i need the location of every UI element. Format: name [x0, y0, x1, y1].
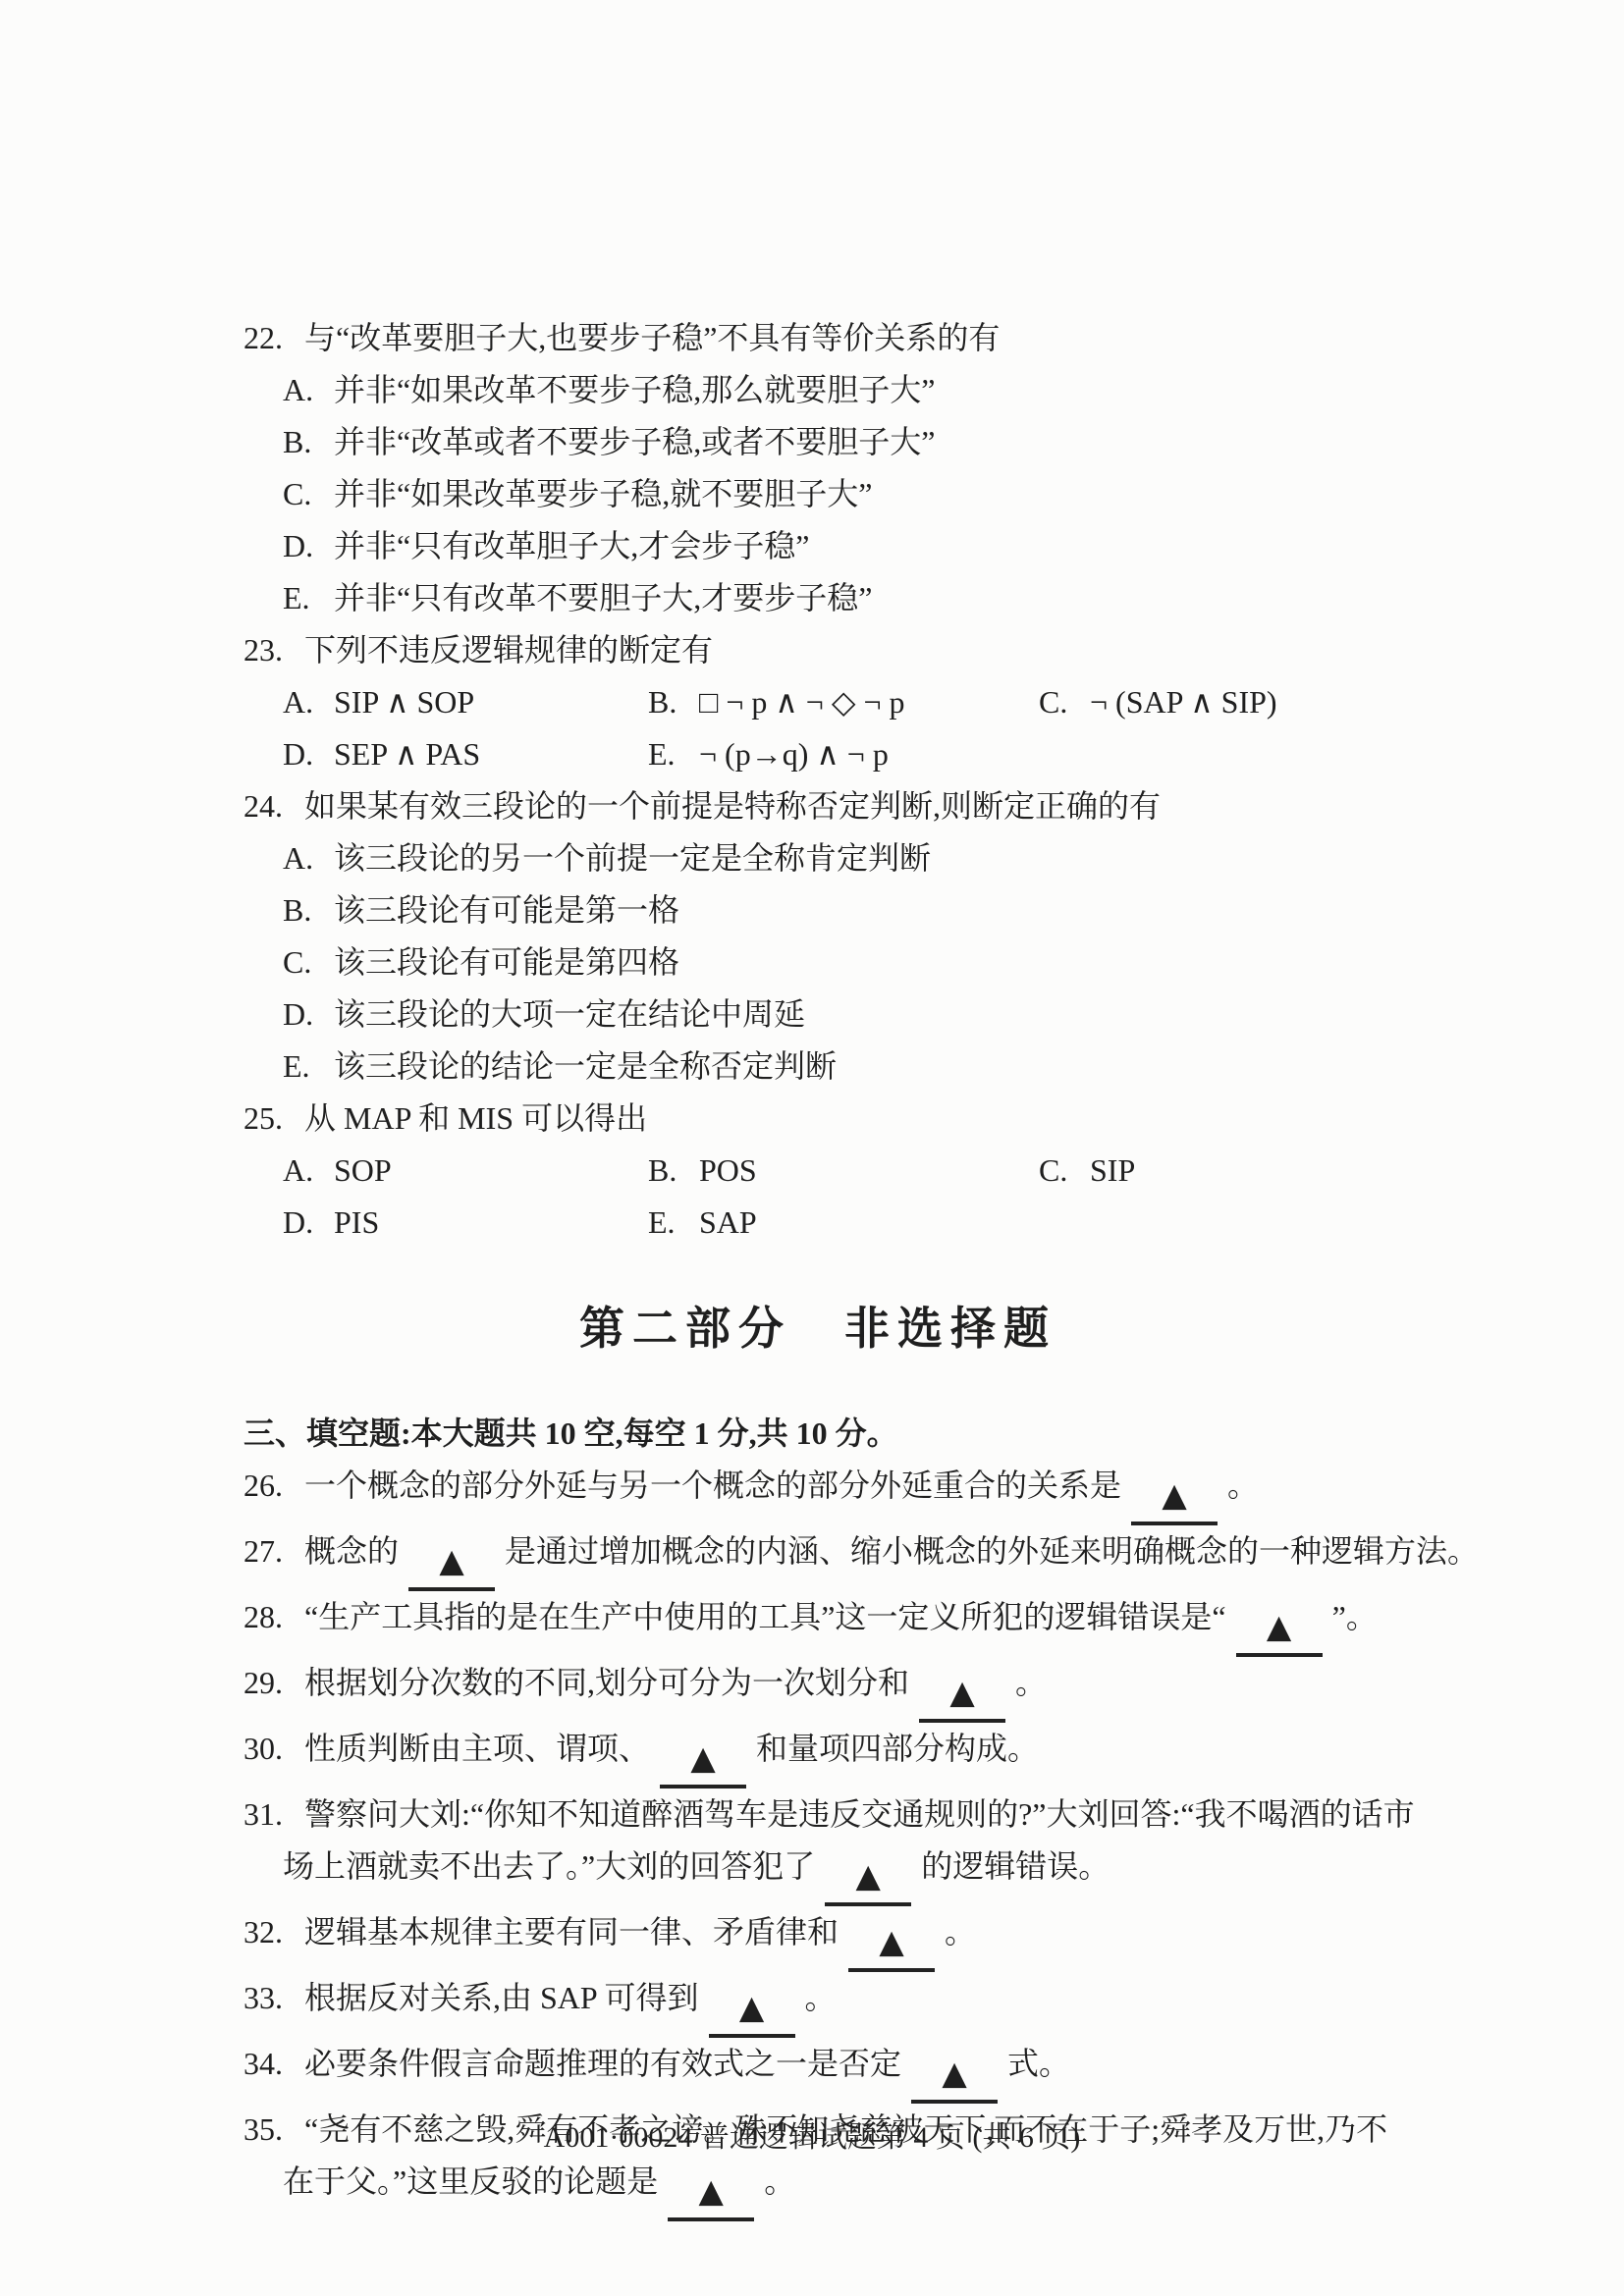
question-23-options-row-2: D.SEP ∧ PAS E.¬ (p→q) ∧ ¬ p: [244, 728, 1510, 780]
exam-page: 22.与“改革要胆子大,也要步子稳”不具有等价关系的有 A.并非“如果改革不要步…: [0, 0, 1624, 2296]
answer-blank: ▲: [668, 2165, 754, 2221]
question-text: 在于父。”这里反驳的论题是: [283, 2163, 658, 2199]
option-text: 并非“如果改革要步子稳,就不要胆子大”: [334, 476, 872, 511]
answer-blank: ▲: [408, 1535, 495, 1591]
question-23-option-e: E.¬ (p→q) ∧ ¬ p: [648, 728, 1039, 780]
option-text: 该三段论的结论一定是全称否定判断: [334, 1048, 837, 1084]
question-22-option-a: A.并非“如果改革不要步子稳,那么就要胆子大”: [244, 364, 1510, 416]
question-text: 根据划分次数的不同,划分可分为一次划分和: [304, 1665, 909, 1700]
option-text: 该三段论有可能是第四格: [334, 944, 679, 980]
question-29: 29.根据划分次数的不同,划分可分为一次划分和▲。: [244, 1657, 1510, 1723]
question-text: 场上酒就卖不出去了。”大刘的回答犯了: [283, 1848, 815, 1884]
answer-blank: ▲: [825, 1850, 911, 1906]
question-text: 的逻辑错误。: [921, 1848, 1110, 1884]
question-22-option-e: E.并非“只有改革不要胆子大,才要步子稳”: [244, 572, 1510, 624]
question-25-stem: 25.从 MAP 和 MIS 可以得出: [244, 1093, 1510, 1145]
triangle-marker: ▲: [439, 1541, 463, 1579]
option-text: ¬ (p→q) ∧ ¬ p: [699, 736, 889, 772]
answer-blank: ▲: [919, 1667, 1005, 1723]
question-33: 33.根据反对关系,由 SAP 可得到▲。: [244, 1972, 1510, 2038]
question-number: 28.: [244, 1591, 304, 1643]
triangle-marker: ▲: [942, 2054, 966, 2092]
option-text: PIS: [334, 1204, 379, 1240]
triangle-marker: ▲: [1162, 1475, 1186, 1514]
question-24: 24.如果某有效三段论的一个前提是特称否定判断,则断定正确的有 A.该三段论的另…: [244, 780, 1510, 1093]
question-30: 30.性质判断由主项、谓项、▲和量项四部分构成。: [244, 1723, 1510, 1789]
option-text: □ ¬ p ∧ ¬ ◇ ¬ p: [699, 684, 905, 720]
option-text: 并非“只有改革不要胆子大,才要步子稳”: [334, 580, 872, 615]
question-text: 。: [1227, 1468, 1259, 1503]
question-stem-text: 与“改革要胆子大,也要步子稳”不具有等价关系的有: [304, 320, 1000, 355]
question-22-option-b: B.并非“改革或者不要步子稳,或者不要胆子大”: [244, 416, 1510, 468]
question-24-option-a: A.该三段论的另一个前提一定是全称肯定判断: [244, 832, 1510, 884]
section-title: 第二部分 非选择题: [244, 1300, 1392, 1359]
question-number: 25.: [244, 1093, 304, 1145]
question-23-option-b: B.□ ¬ p ∧ ¬ ◇ ¬ p: [648, 676, 1039, 728]
question-31-line-2: 场上酒就卖不出去了。”大刘的回答犯了▲的逻辑错误。: [244, 1841, 1510, 1906]
question-text: 。: [805, 1980, 837, 2015]
question-25-option-e: E.SAP: [648, 1197, 1039, 1249]
question-23-option-c: C.¬ (SAP ∧ SIP): [1039, 676, 1510, 728]
question-31-line-1: 31.警察问大刘:“你知不知道醉酒驾车是违反交通规则的?”大刘回答:“我不喝酒的…: [244, 1789, 1510, 1841]
question-35-line-2: 在于父。”这里反驳的论题是▲。: [244, 2156, 1510, 2221]
option-text: POS: [699, 1152, 757, 1188]
option-label: A.: [283, 676, 334, 728]
question-32: 32.逻辑基本规律主要有同一律、矛盾律和▲。: [244, 1906, 1510, 1972]
question-25-option-c: C.SIP: [1039, 1145, 1510, 1197]
question-text: 。: [1015, 1665, 1047, 1700]
option-label: D.: [283, 520, 334, 572]
question-24-option-e: E.该三段论的结论一定是全称否定判断: [244, 1041, 1510, 1093]
option-text: 该三段论的另一个前提一定是全称肯定判断: [334, 840, 931, 876]
question-22-option-d: D.并非“只有改革胆子大,才会步子稳”: [244, 520, 1510, 572]
question-number: 30.: [244, 1723, 304, 1775]
question-text: 是通过增加概念的内涵、缩小概念的外延来明确概念的一种逻辑方法。: [505, 1533, 1479, 1569]
question-25-options-row-2: D.PIS E.SAP: [244, 1197, 1510, 1249]
question-text: “生产工具指的是在生产中使用的工具”这一定义所犯的逻辑错误是“: [304, 1599, 1226, 1634]
question-number: 26.: [244, 1460, 304, 1512]
question-34: 34.必要条件假言命题推理的有效式之一是否定▲式。: [244, 2038, 1510, 2104]
question-text: 一个概念的部分外延与另一个概念的部分外延重合的关系是: [304, 1468, 1121, 1503]
option-label: C.: [283, 936, 334, 988]
triangle-marker: ▲: [856, 1856, 881, 1895]
question-stem-text: 下列不违反逻辑规律的断定有: [304, 632, 713, 667]
option-label: D.: [283, 1197, 334, 1249]
question-number: 34.: [244, 2038, 304, 2090]
question-25-option-a: A.SOP: [283, 1145, 648, 1197]
question-stem-text: 从 MAP 和 MIS 可以得出: [304, 1100, 647, 1136]
question-22: 22.与“改革要胆子大,也要步子稳”不具有等价关系的有 A.并非“如果改革不要步…: [244, 312, 1510, 624]
question-24-option-d: D.该三段论的大项一定在结论中周延: [244, 988, 1510, 1041]
question-text: 概念的: [304, 1533, 399, 1569]
option-label: C.: [283, 468, 334, 520]
option-label: E.: [283, 572, 334, 624]
question-25-options-row-1: A.SOP B.POS C.SIP: [244, 1145, 1510, 1197]
question-28: 28.“生产工具指的是在生产中使用的工具”这一定义所犯的逻辑错误是“▲”。: [244, 1591, 1510, 1657]
option-label: A.: [283, 832, 334, 884]
question-25-option-b: B.POS: [648, 1145, 1039, 1197]
option-text: SEP ∧ PAS: [334, 736, 480, 772]
question-stem-text: 如果某有效三段论的一个前提是特称否定判断,则断定正确的有: [304, 788, 1161, 824]
option-label: D.: [283, 988, 334, 1041]
question-24-option-c: C.该三段论有可能是第四格: [244, 936, 1510, 988]
question-text: 警察问大刘:“你知不知道醉酒驾车是违反交通规则的?”大刘回答:“我不喝酒的话市: [304, 1796, 1415, 1832]
option-text: 该三段论有可能是第一格: [334, 892, 679, 928]
option-text: 并非“改革或者不要步子稳,或者不要胆子大”: [334, 424, 935, 459]
answer-blank: ▲: [660, 1733, 746, 1789]
option-label: B.: [648, 1145, 699, 1197]
option-label: E.: [648, 1197, 699, 1249]
question-22-option-c: C.并非“如果改革要步子稳,就不要胆子大”: [244, 468, 1510, 520]
answer-blank: ▲: [1236, 1601, 1323, 1657]
answer-blank: ▲: [911, 2048, 998, 2104]
option-label: B.: [283, 884, 334, 936]
triangle-marker: ▲: [1267, 1607, 1291, 1645]
option-label: B.: [283, 416, 334, 468]
option-text: SAP: [699, 1204, 757, 1240]
option-text: 并非“如果改革不要步子稳,那么就要胆子大”: [334, 372, 935, 407]
option-text: SOP: [334, 1152, 392, 1188]
fill-section-header: 三、填空题:本大题共 10 空,每空 1 分,共 10 分。: [244, 1408, 1510, 1460]
question-text: 和量项四部分构成。: [756, 1731, 1039, 1766]
answer-blank: ▲: [848, 1916, 935, 1972]
answer-blank: ▲: [709, 1982, 795, 2038]
question-23: 23.下列不违反逻辑规律的断定有 A.SIP ∧ SOP B.□ ¬ p ∧ ¬…: [244, 624, 1510, 780]
triangle-marker: ▲: [699, 2171, 724, 2210]
option-label: C.: [1039, 1145, 1090, 1197]
question-25: 25.从 MAP 和 MIS 可以得出 A.SOP B.POS C.SIP D.…: [244, 1093, 1510, 1249]
triangle-marker: ▲: [690, 1738, 715, 1777]
question-number: 29.: [244, 1657, 304, 1709]
question-text: 根据反对关系,由 SAP 可得到: [304, 1980, 699, 2015]
option-label: D.: [283, 728, 334, 780]
option-label: A.: [283, 364, 334, 416]
option-text: SIP: [1090, 1152, 1135, 1188]
question-23-option-d: D.SEP ∧ PAS: [283, 728, 648, 780]
question-number: 31.: [244, 1789, 304, 1841]
option-text: ¬ (SAP ∧ SIP): [1090, 684, 1277, 720]
page-footer: A001·00024 普通逻辑试题第 4 页 (共 6 页): [0, 2112, 1624, 2156]
option-label: C.: [1039, 676, 1090, 728]
question-24-stem: 24.如果某有效三段论的一个前提是特称否定判断,则断定正确的有: [244, 780, 1510, 832]
option-label: E.: [283, 1041, 334, 1093]
triangle-marker: ▲: [879, 1922, 903, 1960]
question-text: 必要条件假言命题推理的有效式之一是否定: [304, 2046, 901, 2081]
question-text: 逻辑基本规律主要有同一律、矛盾律和: [304, 1914, 839, 1949]
question-number: 32.: [244, 1906, 304, 1958]
question-23-stem: 23.下列不违反逻辑规律的断定有: [244, 624, 1510, 676]
option-text: 该三段论的大项一定在结论中周延: [334, 996, 805, 1032]
option-label: B.: [648, 676, 699, 728]
question-26: 26.一个概念的部分外延与另一个概念的部分外延重合的关系是▲。: [244, 1460, 1510, 1525]
question-number: 27.: [244, 1525, 304, 1577]
option-label: E.: [648, 728, 699, 780]
answer-blank: ▲: [1131, 1469, 1218, 1525]
question-text: ”。: [1332, 1599, 1378, 1634]
question-text: 式。: [1007, 2046, 1070, 2081]
question-22-stem: 22.与“改革要胆子大,也要步子稳”不具有等价关系的有: [244, 312, 1510, 364]
triangle-marker: ▲: [949, 1673, 974, 1711]
option-label: A.: [283, 1145, 334, 1197]
question-text: 。: [764, 2163, 795, 2199]
question-23-options-row-1: A.SIP ∧ SOP B.□ ¬ p ∧ ¬ ◇ ¬ p C.¬ (SAP ∧…: [244, 676, 1510, 728]
option-text: SIP ∧ SOP: [334, 684, 474, 720]
question-23-option-a: A.SIP ∧ SOP: [283, 676, 648, 728]
question-24-option-b: B.该三段论有可能是第一格: [244, 884, 1510, 936]
triangle-marker: ▲: [739, 1988, 764, 2026]
question-number: 22.: [244, 312, 304, 364]
question-number: 33.: [244, 1972, 304, 2024]
question-27: 27.概念的▲是通过增加概念的内涵、缩小概念的外延来明确概念的一种逻辑方法。: [244, 1525, 1510, 1591]
question-25-option-d: D.PIS: [283, 1197, 648, 1249]
question-number: 23.: [244, 624, 304, 676]
exam-content: 22.与“改革要胆子大,也要步子稳”不具有等价关系的有 A.并非“如果改革不要步…: [244, 312, 1510, 2221]
question-text: 性质判断由主项、谓项、: [304, 1731, 650, 1766]
question-text: 。: [945, 1914, 976, 1949]
question-number: 24.: [244, 780, 304, 832]
option-text: 并非“只有改革胆子大,才会步子稳”: [334, 528, 809, 563]
